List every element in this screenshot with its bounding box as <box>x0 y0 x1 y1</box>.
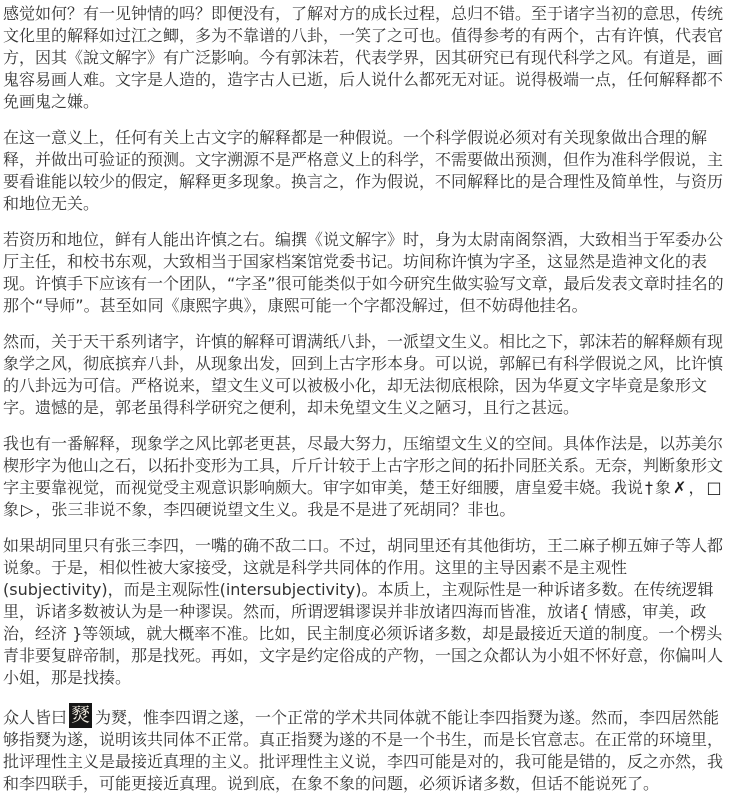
paragraph: 如果胡同里只有张三李四，一嘴的确不敌二口。不过，胡同里还有其他街坊，王二麻子柳五… <box>3 535 734 689</box>
right-triangle-glyph-icon: ▷ <box>19 499 35 521</box>
text-run: 然而，关于天干系列诸字，许慎的解释可谓满纸八卦，一派望文生义。相比之下，郭沫若的… <box>3 332 723 417</box>
text-run: 如果胡同里只有张三李四，一嘴的确不敌二口。不过，胡同里还有其他街坊，王二麻子柳五… <box>3 536 723 687</box>
paragraph: 众人皆曰燹为燹，惟李四谓之遂，一个正常的学术共同体就不能让李四指燹为遂。然而，李… <box>3 703 734 795</box>
article-body: 感觉如何？有一见钟情的吗？即便没有，了解对方的成长过程，总归不错。至于诸字当初的… <box>0 0 736 805</box>
cross-glyph-icon: † <box>643 477 655 499</box>
oracle-script-xian-glyph: 燹 <box>69 703 92 728</box>
paragraph: 若资历和地位，鲜有人能出许慎之右。编撰《说文解字》时，身为太尉南阁祭酒，大致相当… <box>3 229 734 317</box>
text-run: ， <box>688 478 704 497</box>
paragraph: 感觉如何？有一见钟情的吗？即便没有，了解对方的成长过程，总归不错。至于诸字当初的… <box>3 3 734 113</box>
text-run: 感觉如何？有一见钟情的吗？即便没有，了解对方的成长过程，总归不错。至于诸字当初的… <box>3 4 723 111</box>
paragraph: 在这一意义上，任何有关上古文字的解释都是一种假说。一个科学假说必须对有关现象做出… <box>3 127 734 215</box>
paragraph: 我也有一番解释，现象学之风比郭老更甚，尽最大努力，压缩望文生义的空间。具体作法是… <box>3 433 734 521</box>
text-run: 象 <box>655 478 671 497</box>
text-run: 众人皆曰 <box>3 708 67 727</box>
paragraph: 然而，关于天干系列诸字，许慎的解释可谓满纸八卦，一派望文生义。相比之下，郭沫若的… <box>3 331 734 419</box>
text-run: 为燹，惟李四谓之遂，一个正常的学术共同体就不能让李四指燹为遂。然而，李四居然能够… <box>3 708 723 793</box>
text-run: ，张三非说不象，李四硬说望文生义。我是不是进了死胡同？非也。 <box>35 500 515 519</box>
x-mark-glyph-icon: ✗ <box>671 477 688 499</box>
text-run: 象 <box>3 500 19 519</box>
text-run: 我也有一番解释，现象学之风比郭老更甚，尽最大努力，压缩望文生义的空间。具体作法是… <box>3 434 723 497</box>
text-run: 在这一意义上，任何有关上古文字的解释都是一种假说。一个科学假说必须对有关现象做出… <box>3 128 723 213</box>
square-glyph-icon: □ <box>704 477 723 499</box>
text-run: 若资历和地位，鲜有人能出许慎之右。编撰《说文解字》时，身为太尉南阁祭酒，大致相当… <box>3 230 724 315</box>
